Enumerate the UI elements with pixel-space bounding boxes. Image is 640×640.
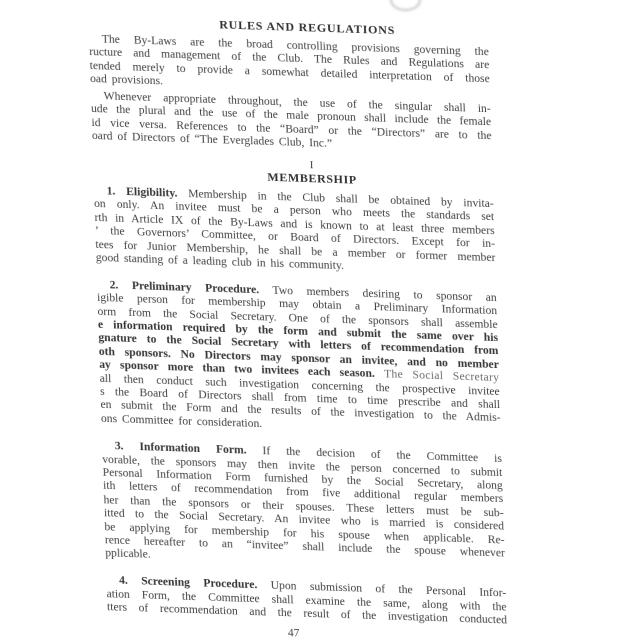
paragraph-eligibility: 1. Eligibility. Membership in the Club s…: [93, 184, 496, 278]
paragraph-usage: Whenever appropriate throughout, the use…: [90, 89, 492, 156]
text: pplicable.: [105, 546, 151, 561]
paragraph-information-form: 3. Information Form. If the decision of …: [102, 439, 506, 573]
scanned-page: RULES AND REGULATIONSThe By-Laws are the…: [0, 0, 640, 640]
paragraph-bylaws: The By-Laws are the broad controlling pr…: [89, 32, 491, 99]
page-text-block: RULES AND REGULATIONSThe By-Laws are the…: [88, 13, 508, 640]
scan-smudge-artifact: [390, 0, 421, 11]
paragraph-preliminary-procedure: 2. Preliminary Procedure. Two members de…: [96, 278, 501, 439]
paragraph-screening-procedure: 4. Screening Procedure. Upon submission …: [106, 573, 507, 626]
text: oad provisions.: [90, 72, 163, 87]
